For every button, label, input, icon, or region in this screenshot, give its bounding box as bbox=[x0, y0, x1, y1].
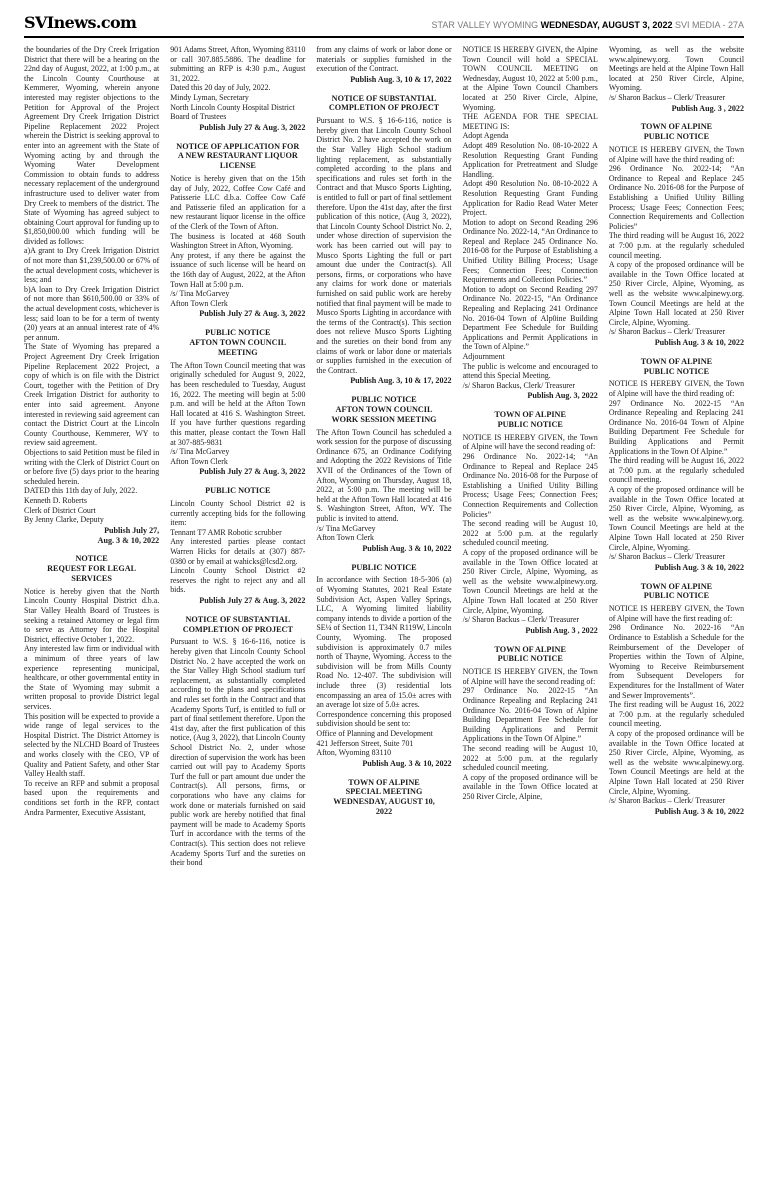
notice-paragraph: a)A grant to Dry Creek Irrigation Distri… bbox=[24, 246, 159, 284]
notice-heading: PUBLIC NOTICE AFTON TOWN COUNCIL WORK SE… bbox=[321, 395, 446, 425]
notice-paragraph: A copy of the proposed ordinance will be… bbox=[609, 729, 744, 796]
notice-line: Clerk of District Court bbox=[24, 506, 159, 516]
notice-paragraph: b)A loan to Dry Creek Irrigation Distric… bbox=[24, 285, 159, 343]
notice-paragraph: Any protest, if any there be against the… bbox=[170, 251, 305, 289]
notice-paragraph: The public is welcome and encouraged to … bbox=[463, 362, 598, 381]
notice-heading: PUBLIC NOTICE bbox=[321, 563, 446, 573]
publish-line: Publish Aug. 3 & 10, 2022 bbox=[609, 807, 744, 817]
notice-paragraph: 298 Ordinance No. 2022-16 “An Ordinance … bbox=[609, 623, 744, 700]
notice-paragraph: /s/ Sharon Backus, Clerk/ Treasurer bbox=[463, 381, 598, 391]
header-date: WEDNESDAY, AUGUST 3, 2022 bbox=[541, 20, 673, 30]
notice-line: By Jenny Clarke, Deputy bbox=[24, 515, 159, 525]
notice-paragraph: Pursuant to W.S. § 16-6-116, notice is h… bbox=[316, 116, 451, 375]
notice-paragraph: NOTICE IS HEREBY GIVEN, the Town of Alpi… bbox=[609, 379, 744, 398]
notice-heading: NOTICE OF SUBSTANTIAL COMPLETION OF PROJ… bbox=[321, 94, 446, 114]
notice-line: Afton Town Clerk bbox=[170, 457, 305, 467]
notice-line: Afton Town Clerk bbox=[316, 533, 451, 543]
publish-line: Publish July 27 & Aug. 3, 2022 bbox=[170, 123, 305, 133]
notice-paragraph: This position will be expected to provid… bbox=[24, 712, 159, 779]
notice-line: Afton Town Clerk bbox=[170, 299, 305, 309]
notice-line: Office of Planning and Development bbox=[316, 729, 451, 739]
notice-paragraph: Motion to adopt on Second Reading 296 Or… bbox=[463, 218, 598, 285]
publish-line: Publish Aug. 3, 2022 bbox=[463, 391, 598, 401]
header-dateline: STAR VALLEY WYOMING WEDNESDAY, AUGUST 3,… bbox=[432, 20, 744, 30]
publish-line: Publish July 27 & Aug. 3, 2022 bbox=[170, 596, 305, 606]
notice-paragraph: 297 Ordinance No. 2022-15 “An Ordinance … bbox=[463, 686, 598, 744]
notice-paragraph: Any interested law firm or individual wi… bbox=[24, 644, 159, 711]
page-header: SVInews.com STAR VALLEY WYOMING WEDNESDA… bbox=[24, 0, 744, 38]
notice-paragraph: NOTICE IS HEREBY GIVEN, the Alpine Town … bbox=[463, 45, 598, 112]
notice-paragraph: NOTICE IS HEREBY GIVEN, the Town of Alpi… bbox=[609, 604, 744, 623]
notice-paragraph: THE AGENDA FOR THE SPECIAL MEETING IS: bbox=[463, 112, 598, 131]
publish-line: Publish Aug. 3 , 2022 bbox=[609, 104, 744, 114]
columns: the boundaries of the Dry Creek Irrigati… bbox=[24, 38, 744, 868]
notice-heading: TOWN OF ALPINE PUBLIC NOTICE bbox=[468, 410, 593, 430]
header-location: STAR VALLEY WYOMING bbox=[432, 20, 541, 30]
notice-heading: TOWN OF ALPINE PUBLIC NOTICE bbox=[614, 122, 739, 142]
notice-paragraph: Adopt 490 Resolution No. 08-10-2022 A Re… bbox=[463, 179, 598, 217]
notice-line: 421 Jefferson Street, Suite 701 bbox=[316, 739, 451, 749]
publish-line: Publish Aug. 3, 10 & 17, 2022 bbox=[316, 75, 451, 85]
notice-line: Afton, Wyoming 83110 bbox=[316, 748, 451, 758]
notice-paragraph: The first reading will be August 16, 202… bbox=[609, 700, 744, 729]
notice-paragraph: /s/ Sharon Backus – Clerk/ Treasurer bbox=[609, 552, 744, 562]
newspaper-column: from any claims of work or labor done or… bbox=[316, 45, 451, 868]
publish-line: Publish Aug. 3 & 10, 2022 bbox=[316, 544, 451, 554]
newspaper-column: 901 Adams Street, Afton, Wyoming 83110 o… bbox=[170, 45, 305, 868]
publish-line: Publish July 27 & Aug. 3, 2022 bbox=[170, 309, 305, 319]
notice-heading: PUBLIC NOTICE AFTON TOWN COUNCIL MEETING bbox=[175, 328, 300, 358]
notice-paragraph: The Afton Town Council has scheduled a w… bbox=[316, 428, 451, 524]
notice-heading: TOWN OF ALPINE PUBLIC NOTICE bbox=[614, 357, 739, 377]
notice-line: DATED this 11th day of July, 2022. bbox=[24, 486, 159, 496]
notice-heading: TOWN OF ALPINE PUBLIC NOTICE bbox=[614, 582, 739, 602]
notice-paragraph: The State of Wyoming has prepared a Proj… bbox=[24, 342, 159, 448]
notice-line: Board of Trustees bbox=[170, 112, 305, 122]
notice-paragraph: A copy of the proposed ordinance will be… bbox=[609, 260, 744, 327]
notice-paragraph: Wyoming, as well as the website www.alpi… bbox=[609, 45, 744, 93]
notice-line: /s/ Tina McGarvey bbox=[316, 524, 451, 534]
notice-heading: NOTICE OF APPLICATION FOR A NEW RESTAURA… bbox=[175, 142, 300, 172]
notice-line: /s/ Tina McGarvey bbox=[170, 447, 305, 457]
notice-line: /s/ Tina McGarvey bbox=[170, 289, 305, 299]
notice-paragraph: 297 Ordinance No. 2022-15 “An Ordinance … bbox=[609, 399, 744, 457]
notice-line: Tennant T7 AMR Robotic scrubber bbox=[170, 528, 305, 538]
notice-heading: TOWN OF ALPINE SPECIAL MEETING WEDNESDAY… bbox=[321, 778, 446, 817]
notice-paragraph: Correspondence concerning this proposed … bbox=[316, 710, 451, 729]
notice-paragraph: A copy of the proposed ordinance will be… bbox=[463, 773, 598, 802]
notice-paragraph: A copy of the proposed ordinance will be… bbox=[609, 485, 744, 552]
newspaper-column: Wyoming, as well as the website www.alpi… bbox=[609, 45, 744, 868]
notice-heading: NOTICE REQUEST FOR LEGAL SERVICES bbox=[29, 554, 154, 584]
notice-paragraph: /s/ Sharon Backus – Clerk/ Treasurer bbox=[609, 93, 744, 103]
notice-paragraph: Notice is hereby given that on the 15th … bbox=[170, 174, 305, 232]
publish-line: Publish July 27 & Aug. 3, 2022 bbox=[170, 467, 305, 477]
notice-paragraph: To receive an RFP and submit a proposal … bbox=[24, 779, 159, 817]
publish-line: Publish Aug. 3 & 10, 2022 bbox=[316, 759, 451, 769]
notice-paragraph: Motion to adopt on Second Reading 297 Or… bbox=[463, 285, 598, 352]
notice-paragraph: The third reading will be August 16, 202… bbox=[609, 456, 744, 485]
newspaper-column: the boundaries of the Dry Creek Irrigati… bbox=[24, 45, 159, 868]
notice-paragraph: 296 Ordinance No. 2022-14; “An Ordinance… bbox=[463, 452, 598, 519]
notice-heading: NOTICE OF SUBSTANTIAL COMPLETION OF PROJ… bbox=[175, 615, 300, 635]
notice-line: Adopt Agenda bbox=[463, 131, 598, 141]
notice-paragraph: Pursuant to W.S. § 16-6-116, notice is h… bbox=[170, 637, 305, 867]
notice-paragraph: 901 Adams Street, Afton, Wyoming 83110 o… bbox=[170, 45, 305, 83]
newspaper-column: NOTICE IS HEREBY GIVEN, the Alpine Town … bbox=[463, 45, 598, 868]
notice-paragraph: The third reading will be August 16, 202… bbox=[609, 231, 744, 260]
publish-line: Publish Aug. 3 & 10, 2022 bbox=[609, 338, 744, 348]
header-edition: SVI MEDIA - 27A bbox=[672, 20, 744, 30]
notice-paragraph: 296 Ordinance No. 2022-14; “An Ordinance… bbox=[609, 164, 744, 231]
notice-paragraph: A copy of the proposed ordinance will be… bbox=[463, 548, 598, 615]
notice-paragraph: Lincoln County School District #2 reserv… bbox=[170, 566, 305, 595]
notice-line: North Lincoln County Hospital District bbox=[170, 103, 305, 113]
masthead: SVInews.com bbox=[24, 13, 136, 32]
notice-paragraph: the boundaries of the Dry Creek Irrigati… bbox=[24, 45, 159, 246]
notice-line: Kenneth D. Roberts bbox=[24, 496, 159, 506]
notice-paragraph: The second reading will be August 10, 20… bbox=[463, 519, 598, 548]
notice-paragraph: Any interested parties please contact Wa… bbox=[170, 537, 305, 566]
notice-paragraph: NOTICE IS HEREBY GIVEN, the Town of Alpi… bbox=[463, 667, 598, 686]
notice-paragraph: Notice is hereby given that the North Li… bbox=[24, 587, 159, 645]
notice-paragraph: NOTICE IS HEREBY GIVEN, the Town of Alpi… bbox=[463, 433, 598, 452]
notice-paragraph: The business is located at 468 South Was… bbox=[170, 232, 305, 251]
notice-paragraph: The second reading will be August 10, 20… bbox=[463, 744, 598, 773]
notice-paragraph: /s/ Sharon Backus – Clerk/ Treasurer bbox=[463, 615, 598, 625]
notice-heading: PUBLIC NOTICE bbox=[175, 486, 300, 496]
publish-line: Publish Aug. 3 , 2022 bbox=[463, 626, 598, 636]
notice-paragraph: Adopt 489 Resolution No. 08-10-2022 A Re… bbox=[463, 141, 598, 179]
notice-paragraph: NOTICE IS HEREBY GIVEN, the Town of Alpi… bbox=[609, 145, 744, 164]
notice-paragraph: /s/ Sharon Backus – Clerk/ Treasurer bbox=[609, 327, 744, 337]
publish-line: Publish Aug. 3, 10 & 17, 2022 bbox=[316, 376, 451, 386]
notice-paragraph: The Afton Town Council meeting that was … bbox=[170, 361, 305, 447]
publish-line: Publish Aug. 3 & 10, 2022 bbox=[609, 563, 744, 573]
notice-paragraph: Objections to said Petition must be file… bbox=[24, 448, 159, 486]
notice-paragraph: from any claims of work or labor done or… bbox=[316, 45, 451, 74]
notice-line: Mindy Lyman, Secretary bbox=[170, 93, 305, 103]
notice-line: Adjournment bbox=[463, 352, 598, 362]
notice-line: Dated this 20 day of July, 2022. bbox=[170, 83, 305, 93]
newspaper-page: SVInews.com STAR VALLEY WYOMING WEDNESDA… bbox=[0, 0, 768, 868]
notice-paragraph: /s/ Sharon Backus – Clerk/ Treasurer bbox=[609, 796, 744, 806]
notice-paragraph: Lincoln County School District #2 is cur… bbox=[170, 499, 305, 528]
publish-line: Publish July 27, Aug. 3 & 10, 2022 bbox=[24, 526, 159, 546]
notice-paragraph: In accordance with Section 18-5-306 (a) … bbox=[316, 575, 451, 709]
notice-heading: TOWN OF ALPINE PUBLIC NOTICE bbox=[468, 645, 593, 665]
